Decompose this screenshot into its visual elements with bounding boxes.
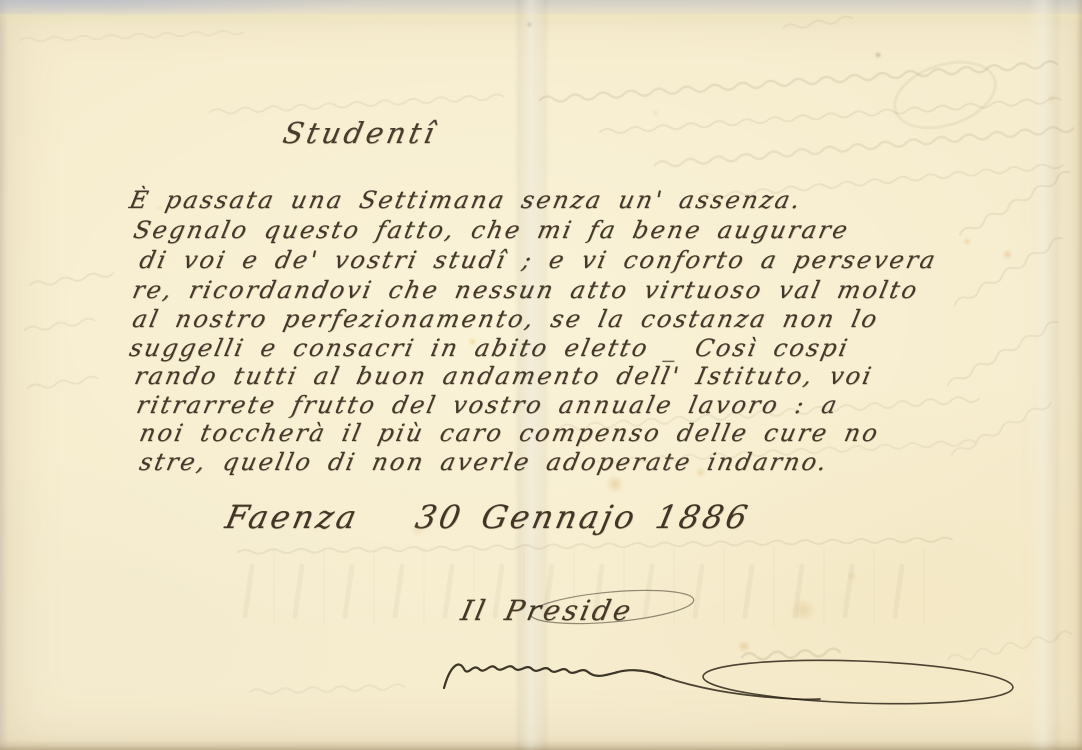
letter-line: ritrarrete frutto del vostro annuale lav… [134,391,842,419]
letter-scan-page: Studentî È passata una Settimana senza u… [0,0,1082,750]
letter-line: di voi e de' vostri studî ; e vi confort… [137,246,940,274]
page-edge-left [0,0,8,750]
foxing-stain [1002,250,1013,259]
page-edge-bottom [0,740,1082,750]
foxing-stain [875,52,881,58]
foxing-stain [605,476,625,492]
salutation: Studentî [280,116,441,150]
letter-line: suggelli e consacri in abito eletto _ Co… [127,334,852,362]
letter-line: al nostro perfezionamento, se la costanz… [130,305,882,333]
closing-title: Il Preside [458,594,637,627]
foxing-stain [847,572,857,580]
letter-line: Segnalo questo fatto, che mi fa bene aug… [131,216,852,244]
letter-line: stre, quello di non averle adoperate ind… [137,448,831,476]
fold-crease-right [1028,0,1062,750]
letter-line: noi toccherà il più caro compenso delle … [137,419,882,447]
letter-line: È passata una Settimana senza un' assenz… [127,186,805,214]
signature-oval-paraph [702,656,1013,709]
foxing-stain [652,110,659,116]
letter-line: rando tutti al buon andamento dell' Isti… [132,362,876,390]
foxing-stain [963,238,971,245]
letter-line: re, ricordandovi che nessun atto virtuos… [130,276,922,304]
dateline: Faenza 30 Gennajo 1886 [222,498,754,536]
foxing-stain [737,641,751,652]
ghost-initial-loop [886,50,1003,139]
foxing-stain [788,600,818,620]
page-edge-right [1076,0,1082,750]
